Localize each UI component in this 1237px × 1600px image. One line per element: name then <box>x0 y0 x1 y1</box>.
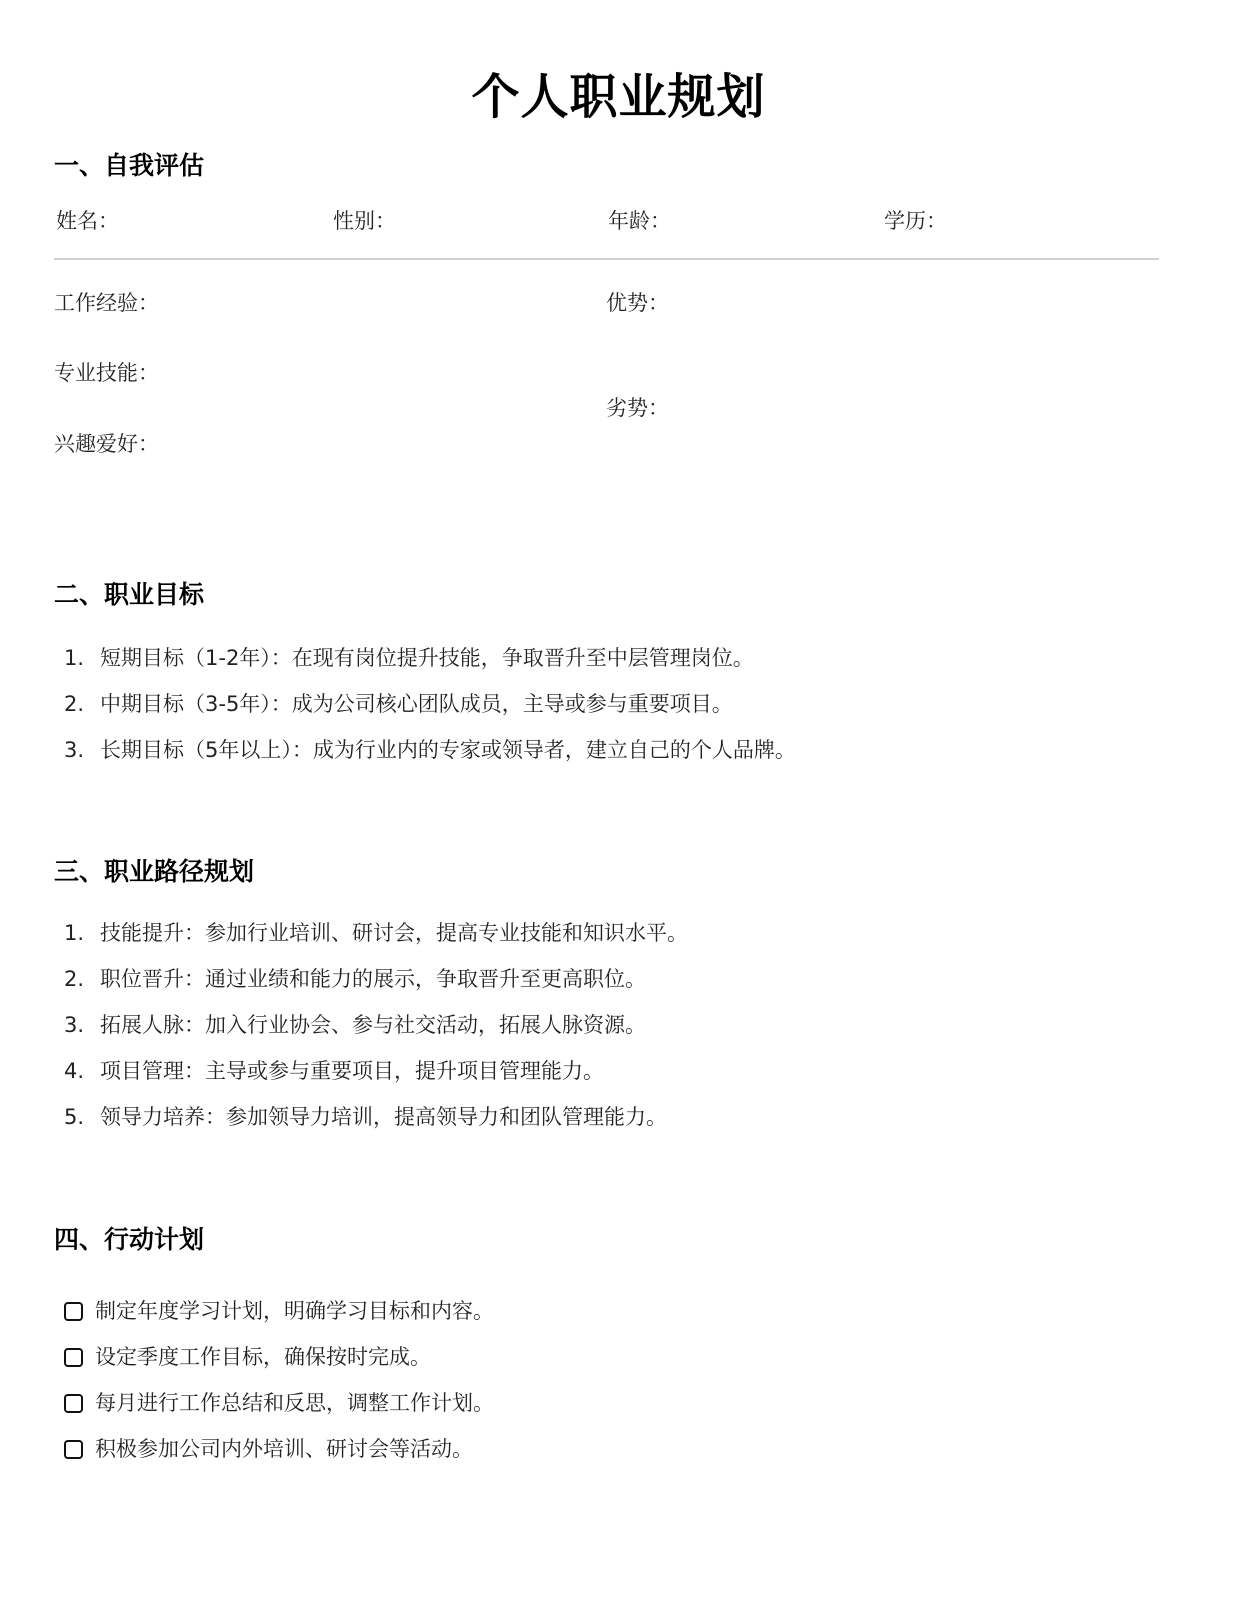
list-item: 1.技能提升：参加行业培训、研讨会，提高专业技能和知识水平。 <box>64 918 688 964</box>
checkbox[interactable] <box>64 1302 83 1321</box>
list-item: 2.职位晋升：通过业绩和能力的展示，争取晋升至更高职位。 <box>64 964 688 1010</box>
checklist-item: 设定季度工作目标，确保按时完成。 <box>64 1334 494 1380</box>
list-item: 3.拓展人脉：加入行业协会、参与社交活动，拓展人脉资源。 <box>64 1010 688 1056</box>
section-heading-action-plan: 四、行动计划 <box>54 1220 204 1256</box>
section-heading-career-path: 三、职业路径规划 <box>54 852 254 888</box>
list-item: 2.中期目标（3-5年）：成为公司核心团队成员，主导或参与重要项目。 <box>64 689 796 735</box>
field-education: 学历： <box>884 205 947 235</box>
field-gender: 性别： <box>333 205 396 235</box>
list-item: 4.项目管理：主导或参与重要项目，提升项目管理能力。 <box>64 1056 688 1102</box>
checklist-item: 制定年度学习计划，明确学习目标和内容。 <box>64 1288 494 1334</box>
page-title: 个人职业规划 <box>0 58 1237 127</box>
career-goals-list: 1.短期目标（1-2年）：在现有岗位提升技能，争取晋升至中层管理岗位。 2.中期… <box>64 643 796 781</box>
field-name: 姓名： <box>56 205 119 235</box>
field-weaknesses: 劣势： <box>606 392 669 422</box>
list-item: 5.领导力培养：参加领导力培训，提高领导力和团队管理能力。 <box>64 1102 688 1148</box>
field-work-experience: 工作经验： <box>54 287 159 317</box>
checkbox[interactable] <box>64 1394 83 1413</box>
section-heading-self-assessment: 一、自我评估 <box>54 146 204 182</box>
checklist-item: 积极参加公司内外培训、研讨会等活动。 <box>64 1426 494 1472</box>
field-strengths: 优势： <box>606 287 669 317</box>
field-hobbies: 兴趣爱好： <box>54 428 159 458</box>
field-age: 年龄： <box>608 205 671 235</box>
checkbox[interactable] <box>64 1348 83 1367</box>
list-item: 3.长期目标（5年以上）：成为行业内的专家或领导者，建立自己的个人品牌。 <box>64 735 796 781</box>
list-item: 1.短期目标（1-2年）：在现有岗位提升技能，争取晋升至中层管理岗位。 <box>64 643 796 689</box>
checkbox[interactable] <box>64 1440 83 1459</box>
section-heading-career-goals: 二、职业目标 <box>54 575 204 611</box>
career-path-list: 1.技能提升：参加行业培训、研讨会，提高专业技能和知识水平。 2.职位晋升：通过… <box>64 918 688 1148</box>
field-skills: 专业技能： <box>54 357 159 387</box>
checklist-item: 每月进行工作总结和反思，调整工作计划。 <box>64 1380 494 1426</box>
divider <box>54 258 1159 260</box>
action-plan-checklist: 制定年度学习计划，明确学习目标和内容。 设定季度工作目标，确保按时完成。 每月进… <box>64 1288 494 1472</box>
